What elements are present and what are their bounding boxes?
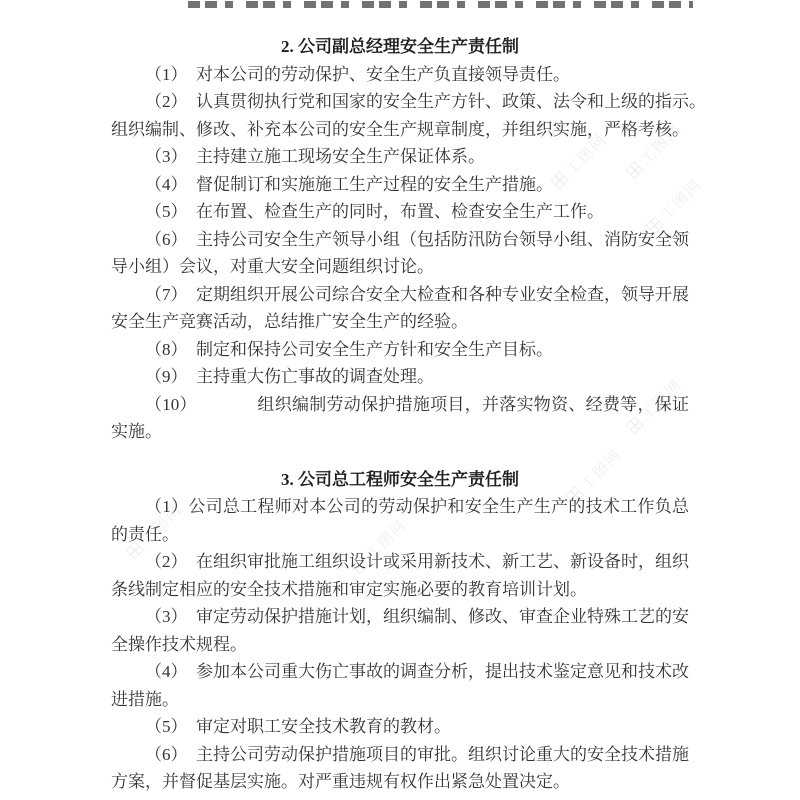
section: 3. 公司总工程师安全生产责任制（1）公司总工程师对本公司的劳动保护和安全生产生… xyxy=(111,466,689,796)
paragraph-line: （5） 在布置、检查生产的同时，布置、检查安全生产工作。 xyxy=(111,198,689,226)
paragraph-line: （4） 参加本公司重大伤亡事故的调查分析，提出技术鉴定意见和技术改 xyxy=(111,658,689,686)
paragraph-line: 组织编制、修改、补充本公司的安全生产规章制度，并组织实施，严格考核。 xyxy=(111,116,689,144)
paragraph-line: 进措施。 xyxy=(111,686,689,714)
paragraph-line: 全操作技术规程。 xyxy=(111,631,689,659)
paragraph-line: （7） 定期组织开展公司综合安全大检查和各种专业安全检查，领导开展 xyxy=(111,281,689,309)
document-content: 2. 公司副总经理安全生产责任制（1） 对本公司的劳动保护、安全生产负直接领导责… xyxy=(111,33,689,796)
paragraph-line: （2） 在组织审批施工组织设计或采用新技术、新工艺、新设备时，组织 xyxy=(111,548,689,576)
paragraph-line: 导小组）会议，对重大安全问题组织讨论。 xyxy=(111,253,689,281)
paragraph-line: （3） 审定劳动保护措施计划，组织编制、修改、审查企业特殊工艺的安 xyxy=(111,603,689,631)
paragraph-line: 方案，并督促基层实施。对严重违规有权作出紧急处置决定。 xyxy=(111,768,689,796)
paragraph-line: 实施。 xyxy=(111,418,689,446)
paragraph-line: （3） 主持建立施工现场安全生产保证体系。 xyxy=(111,143,689,171)
section-heading: 2. 公司副总经理安全生产责任制 xyxy=(111,33,689,61)
document-page: { "page": { "background": "#ffffff", "bo… xyxy=(0,0,800,800)
paragraph-line: 条线制定相应的安全技术措施和审定实施必要的教育培训计划。 xyxy=(111,576,689,604)
paragraph-line: （9） 主持重大伤亡事故的调查处理。 xyxy=(111,363,689,391)
paragraph-line: （8） 制定和保持公司安全生产方针和安全生产目标。 xyxy=(111,336,689,364)
section-heading: 3. 公司总工程师安全生产责任制 xyxy=(111,466,689,494)
paragraph-line: （4） 督促制订和实施施工生产过程的安全生产措施。 xyxy=(111,171,689,199)
paragraph-line: 的责任。 xyxy=(111,521,689,549)
clipped-text-line xyxy=(188,1,693,8)
paragraph-line: （2） 认真贯彻执行党和国家的安全生产方针、政策、法令和上级的指示。 xyxy=(111,88,689,116)
paragraph-line: （1） 对本公司的劳动保护、安全生产负直接领导责任。 xyxy=(111,61,689,89)
paragraph-line: （6） 主持公司劳动保护措施项目的审批。组织讨论重大的安全技术措施 xyxy=(111,741,689,769)
paragraph-line: （6） 主持公司安全生产领导小组（包括防汛防台领导小组、消防安全领 xyxy=(111,226,689,254)
section: 2. 公司副总经理安全生产责任制（1） 对本公司的劳动保护、安全生产负直接领导责… xyxy=(111,33,689,446)
paragraph-line: （1）公司总工程师对本公司的劳动保护和安全生产生产的技术工作负总 xyxy=(111,493,689,521)
paragraph-line: （10） 组织编制劳动保护措施项目，并落实物资、经费等，保证 xyxy=(111,391,689,419)
paragraph-line: （5） 审定对职工安全技术教育的教材。 xyxy=(111,713,689,741)
paragraph-line: 安全生产竞赛活动，总结推广安全生产的经验。 xyxy=(111,308,689,336)
